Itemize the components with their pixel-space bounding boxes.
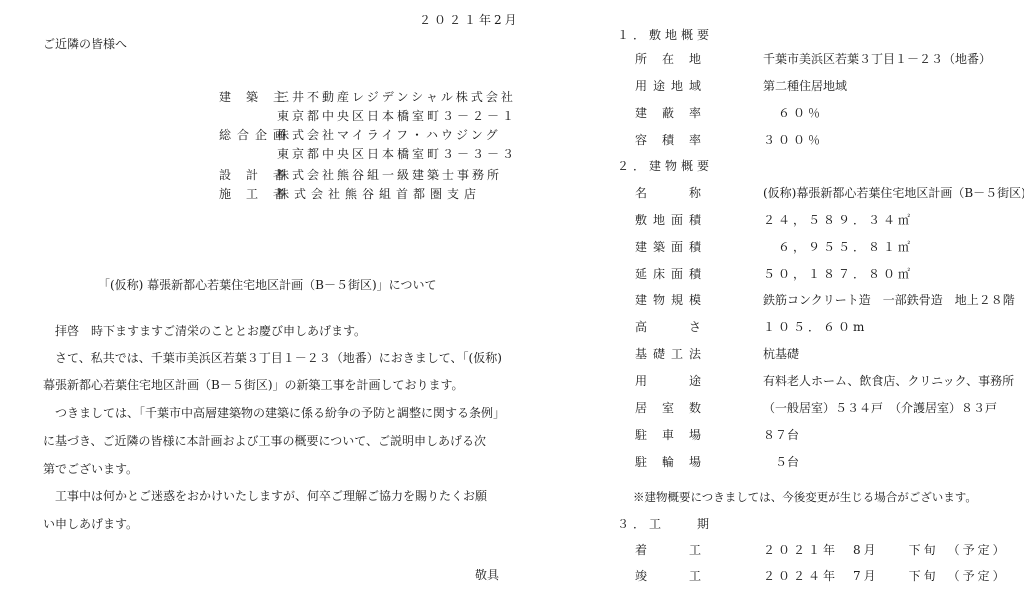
addressee: ご近隣の皆様へ (43, 35, 127, 52)
bldg-label-building-area: 建築面積 (635, 238, 701, 255)
party-label-owner: 建築主 (219, 88, 285, 105)
sched-label-completion: 竣工 (635, 567, 701, 584)
body-line-5: に基づき、ご近隣の皆様に本計画および工事の概要について、ご説明申しあげる次 (43, 432, 486, 449)
section-heading-site: １．敷地概要 (617, 26, 713, 43)
bldg-label-height: 高さ (635, 318, 701, 335)
closing: 敬具 (475, 566, 499, 583)
body-line-4: つきましては、「千葉市中高層建築物の建築に係る紛争の予防と調整に関する条例」 (55, 404, 505, 421)
bldg-value-site-area: ２４，５８９．３４㎡ (763, 211, 913, 228)
sched-value-completion: ２０２４年 7月 下旬 （予定） (763, 567, 1008, 584)
bldg-value-scale: 鉄筋コンクリート造 一部鉄骨造 地上２８階 (763, 291, 1015, 308)
bldg-value-bicycle: ５台 (763, 453, 799, 470)
building-note: ※建物概要につきましては、今後変更が生じる場合がございます。 (633, 489, 977, 505)
party-planning-address: 東京都中央区日本橋室町３－３－３ (277, 145, 517, 162)
bldg-label-foundation: 基礎工法 (635, 345, 701, 362)
party-designer-name: 株式会社熊谷組一級建築士事務所 (277, 166, 502, 183)
bldg-label-site-area: 敷地面積 (635, 211, 701, 228)
bldg-label-scale: 建物規模 (635, 291, 701, 308)
bldg-label-units: 居室数 (635, 399, 701, 416)
bldg-value-foundation: 杭基礎 (763, 345, 799, 362)
bldg-value-height: １０５．６０m (763, 318, 867, 335)
body-line-1: 拝啓 時下ますますご清栄のこととお慶び申しあげます。 (55, 322, 366, 339)
bldg-value-name: (仮称)幕張新都心若葉住宅地区計画（B－５街区) (763, 184, 1024, 201)
party-label-planning: 総合企画 (219, 126, 285, 143)
party-owner-address: 東京都中央区日本橋室町３－２－１ (277, 107, 517, 124)
bldg-label-name: 名称 (635, 184, 701, 201)
site-label-zoning: 用途地域 (635, 77, 701, 94)
letter-subject: 「(仮称) 幕張新都心若葉住宅地区計画（B－５街区)」について (98, 276, 436, 293)
party-planning-name: 株式会社マイライフ・ハウジング (277, 126, 501, 143)
body-line-2: さて、私共では、千葉市美浜区若葉３丁目１－２３（地番）におきまして、「(仮称) (55, 349, 502, 366)
bldg-value-floor-area: ５０，１８７．８０㎡ (763, 265, 913, 282)
party-owner-name: 三井不動産レジデンシャル株式会社 (277, 88, 516, 105)
site-value-far: ３００％ (763, 131, 823, 148)
site-value-location: 千葉市美浜区若葉３丁目１－２３（地番） (763, 50, 991, 67)
body-line-7: 工事中は何かとご迷惑をおかけいたしますが、何卒ご理解ご協力を賜りたくお願 (55, 487, 487, 504)
site-label-far: 容積率 (635, 131, 701, 148)
bldg-value-use: 有料老人ホーム、飲食店、クリニック、事務所 (763, 372, 1014, 389)
site-value-coverage: ６０％ (763, 104, 823, 121)
site-label-coverage: 建蔽率 (635, 104, 701, 121)
section-heading-building: ２．建物概要 (617, 157, 713, 174)
party-label-designer: 設計者 (219, 166, 285, 183)
bldg-value-units: （一般居室）５３４戸 （介護居室）８３戸 (763, 399, 997, 416)
bldg-value-building-area: ６，９５５．８１㎡ (763, 238, 913, 255)
bldg-label-use: 用途 (635, 372, 701, 389)
bldg-label-floor-area: 延床面積 (635, 265, 701, 282)
bldg-label-parking: 駐車場 (635, 426, 701, 443)
sched-label-start: 着工 (635, 541, 701, 558)
site-value-zoning: 第二種住居地域 (763, 77, 847, 94)
section-heading-schedule: ３．工 期 (617, 515, 713, 532)
body-line-3: 幕張新都心若葉住宅地区計画（B－５街区)」の新築工事を計画しております。 (43, 376, 464, 393)
party-contractor-name: 株式会社熊谷組首都圏支店 (277, 185, 481, 202)
sched-value-start: ２０２１年 8月 下旬 （予定） (763, 541, 1008, 558)
site-label-location: 所在地 (635, 50, 701, 67)
bldg-label-bicycle: 駐輪場 (635, 453, 701, 470)
party-label-contractor: 施工者 (219, 185, 285, 202)
letter-date: ２０２１年2月 (419, 11, 520, 28)
body-line-6: 第でございます。 (43, 460, 138, 477)
bldg-value-parking: ８７台 (763, 426, 799, 443)
body-line-8: い申しあげます。 (43, 515, 138, 532)
